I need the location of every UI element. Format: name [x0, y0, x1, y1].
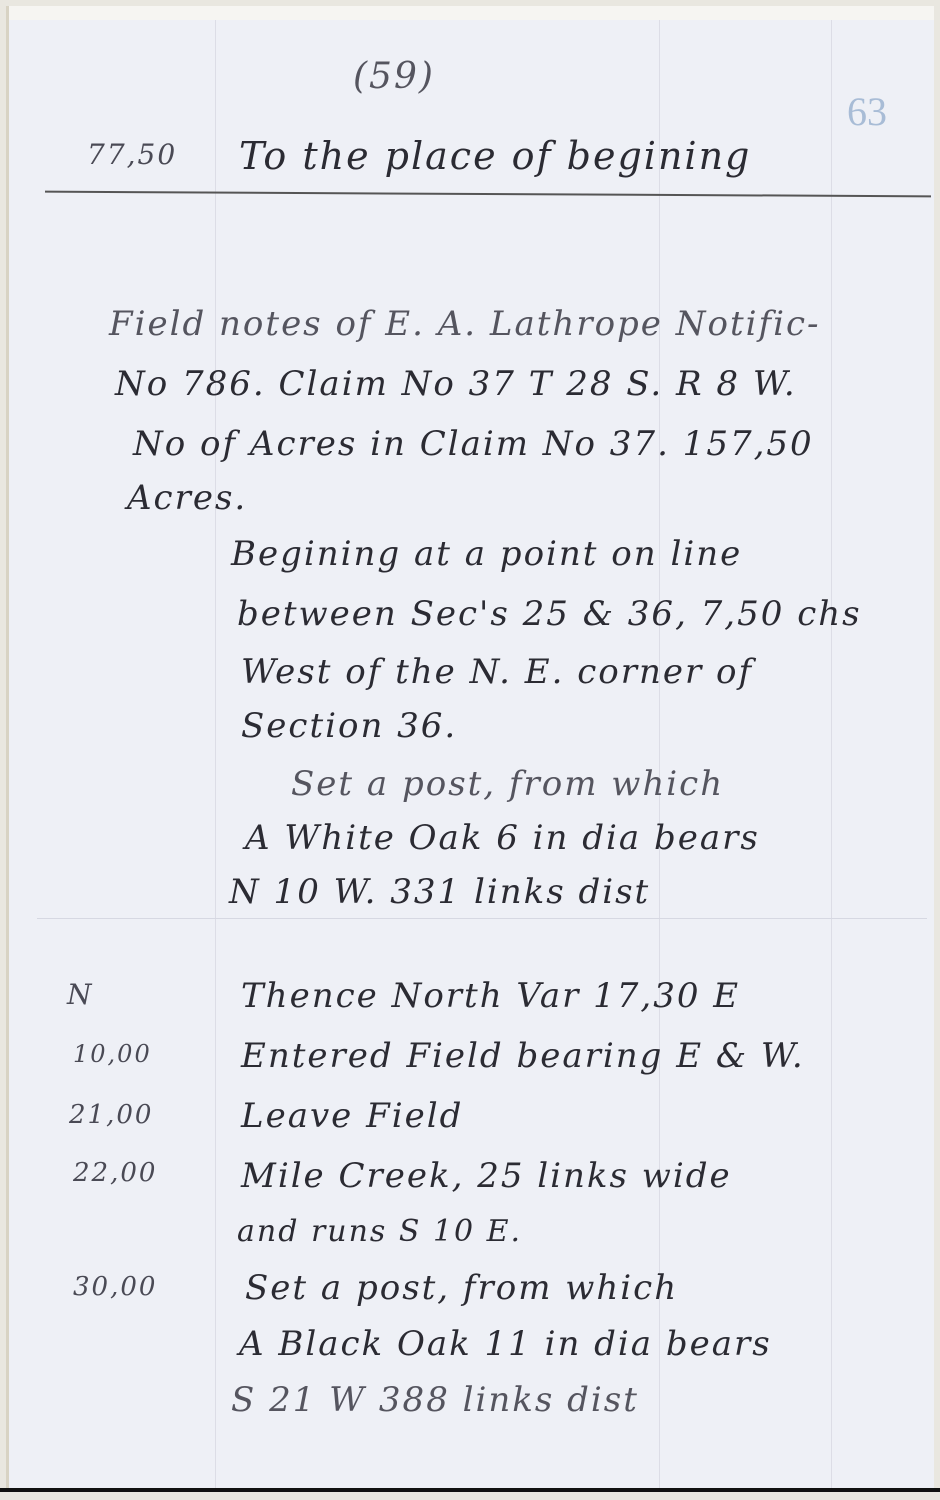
title-line: Field notes of E. A. Lathrope Notific-	[109, 304, 820, 344]
beginning-line: Section 36.	[241, 706, 457, 746]
beginning-line: between Sec's 25 & 36, 7,50 chs	[237, 594, 862, 634]
traverse-distance: 10,00	[73, 1040, 152, 1068]
beginning-line: Begining at a point on line	[231, 534, 742, 574]
section-divider	[37, 918, 927, 919]
title-line: No of Acres in Claim No 37. 157,50	[133, 424, 814, 464]
traverse-distance: N	[67, 978, 94, 1011]
header-distance: 77,50	[87, 138, 177, 171]
traverse-text: Mile Creek, 25 links wide	[241, 1156, 732, 1196]
bottom-border	[0, 1488, 940, 1492]
handwritten-page-number: (59)	[353, 56, 435, 97]
traverse-distance: 21,00	[69, 1100, 153, 1130]
post-line: N 10 W. 331 links dist	[229, 872, 650, 912]
traverse-distance: 22,00	[73, 1158, 157, 1188]
traverse-text: A Black Oak 11 in dia bears	[239, 1324, 772, 1364]
page-top-edge	[9, 6, 934, 20]
ledger-page: (59) 63 77,50 To the place of begining F…	[6, 6, 934, 1488]
margin-column-line	[215, 20, 216, 1488]
page-number-stamp: 63	[847, 88, 887, 135]
traverse-text: Entered Field bearing E & W.	[241, 1036, 805, 1076]
header-rule	[45, 191, 931, 198]
title-line: No 786. Claim No 37 T 28 S. R 8 W.	[115, 364, 797, 404]
traverse-text: Leave Field	[241, 1096, 463, 1136]
traverse-text: Set a post, from which	[245, 1268, 678, 1308]
traverse-text: and runs S 10 E.	[237, 1214, 522, 1249]
title-line: Acres.	[127, 478, 247, 518]
header-text: To the place of begining	[239, 134, 751, 178]
traverse-distance: 30,00	[73, 1272, 157, 1302]
traverse-text: Thence North Var 17,30 E	[241, 976, 740, 1016]
traverse-text: S 21 W 388 links dist	[231, 1380, 639, 1420]
post-line: Set a post, from which	[291, 764, 724, 804]
post-line: A White Oak 6 in dia bears	[245, 818, 760, 858]
column-line	[831, 20, 832, 1488]
beginning-line: West of the N. E. corner of	[241, 652, 753, 692]
